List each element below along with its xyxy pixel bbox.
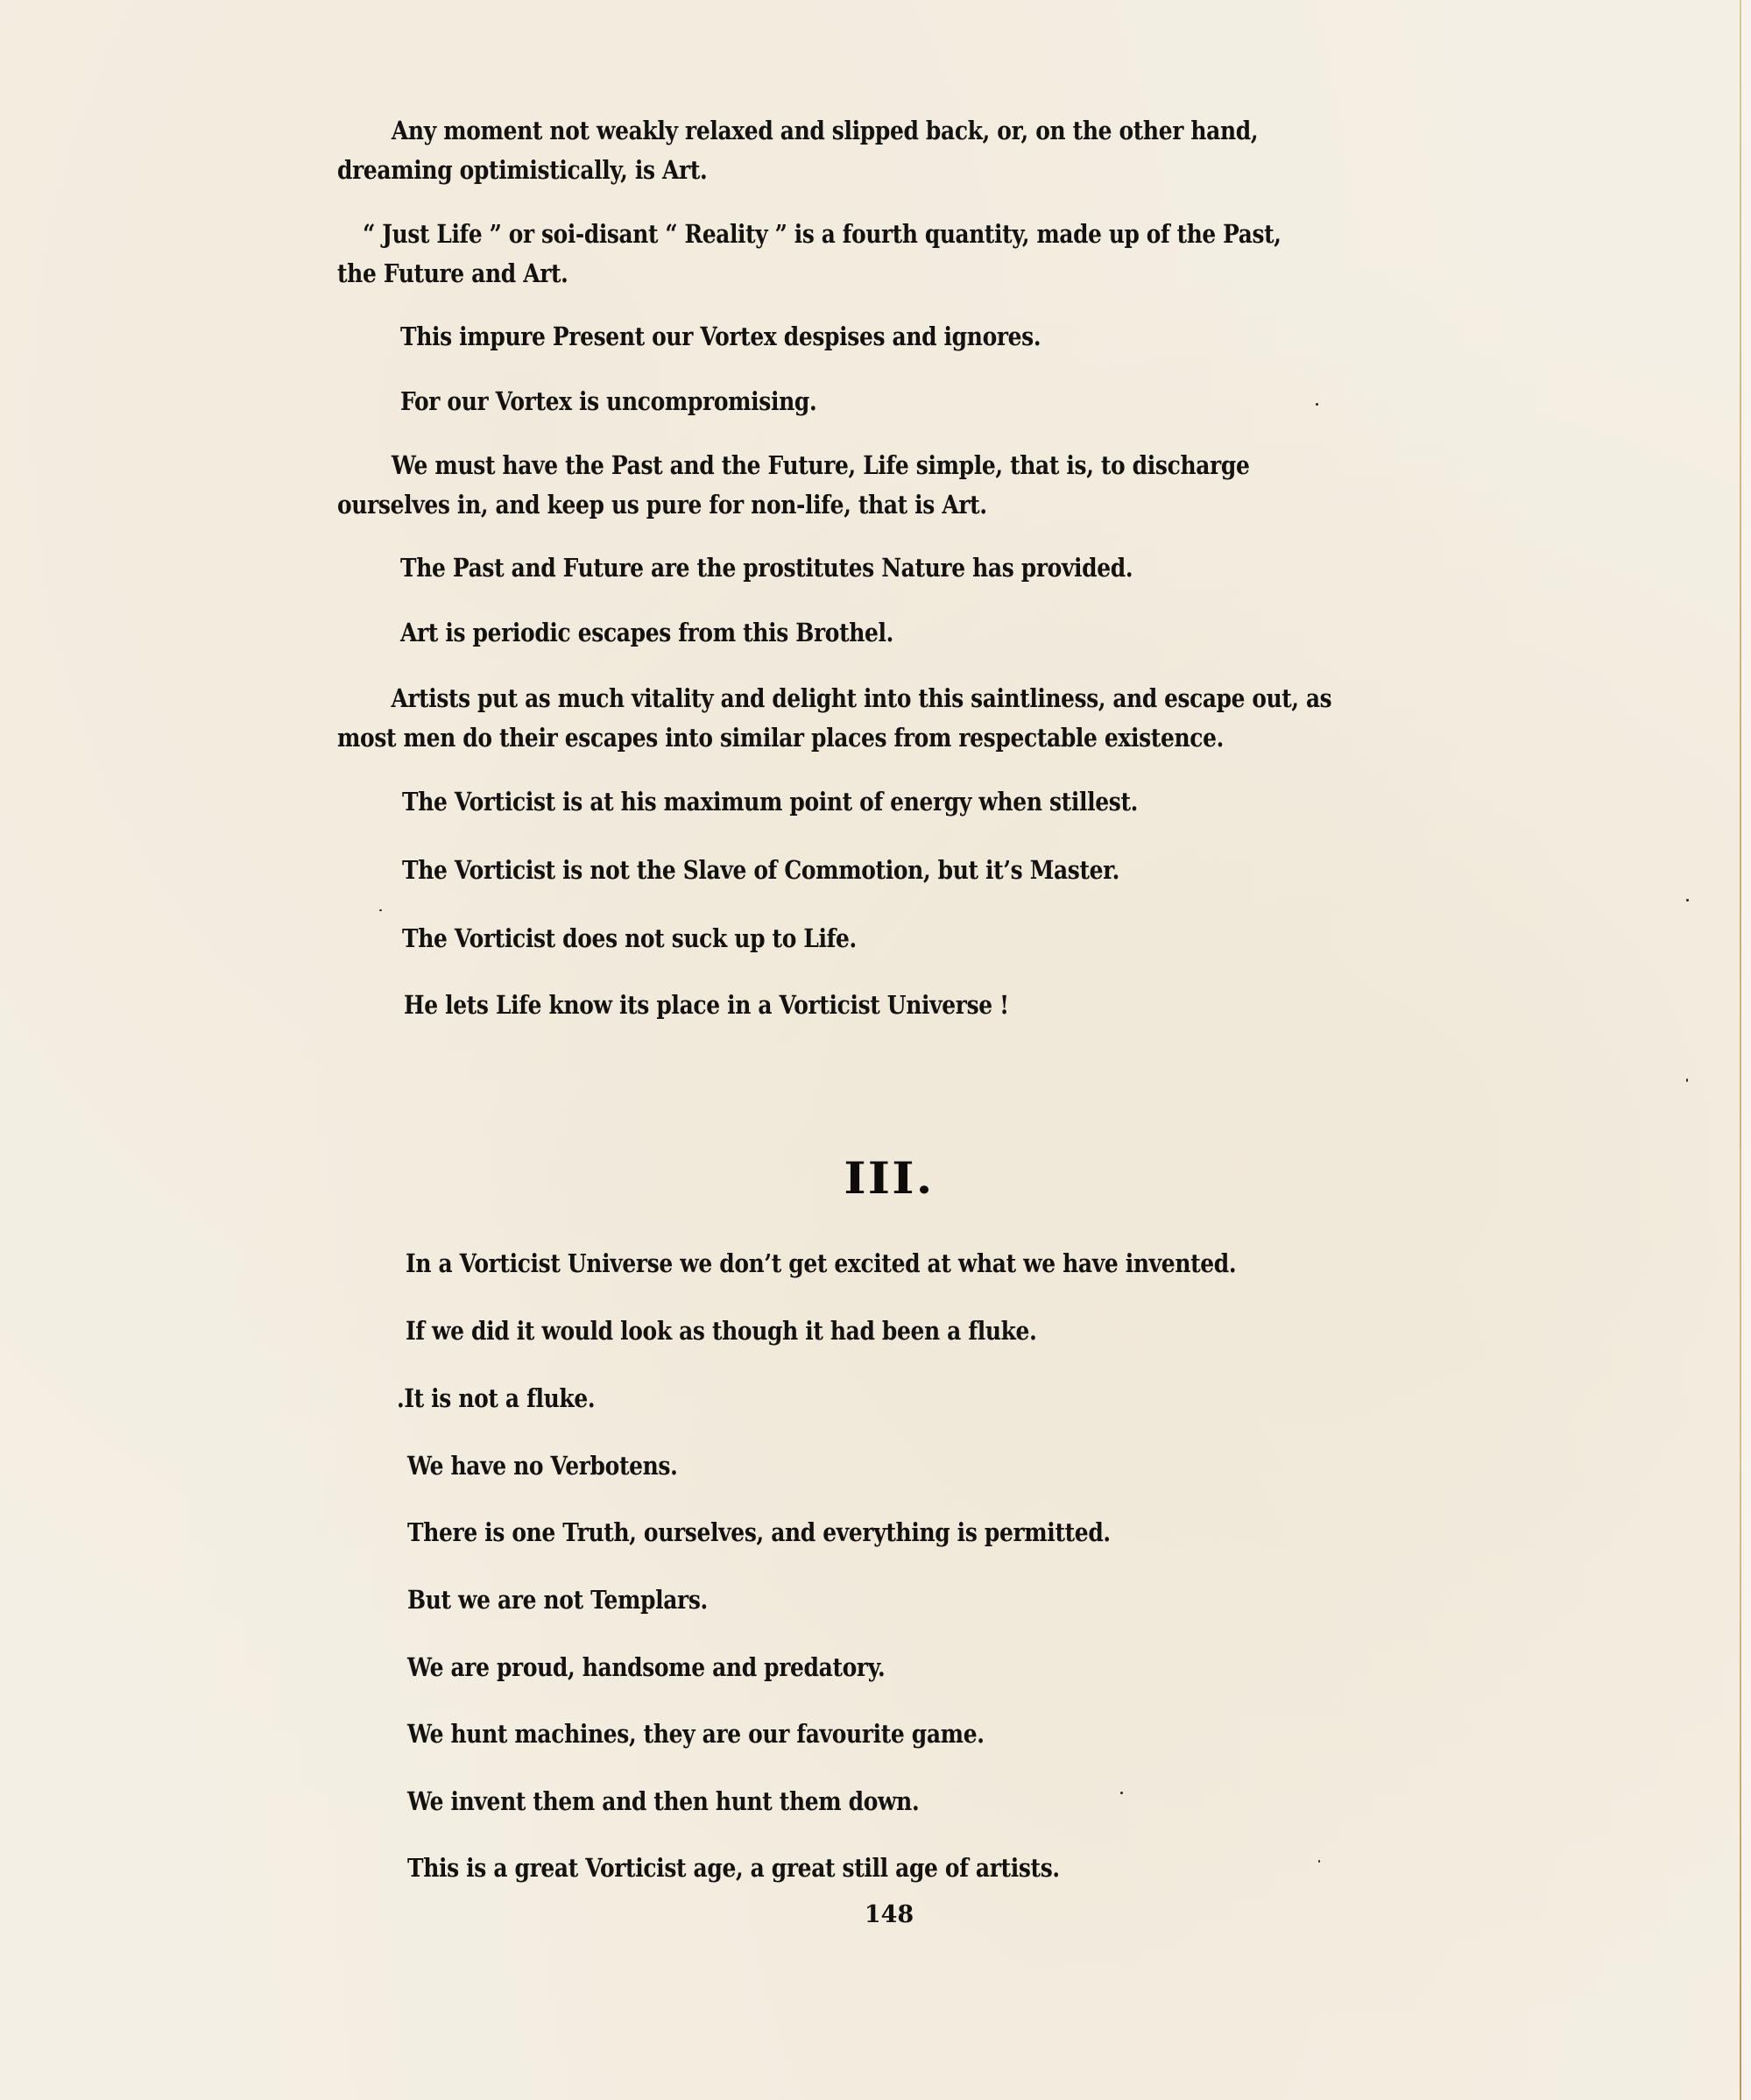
- paragraph: We hunt machines, they are our favourite…: [407, 1715, 1078, 1754]
- paragraph-line: dreaming optimistically, is Art.: [337, 151, 1258, 190]
- paragraph-line: Any moment not weakly relaxed and slippe…: [337, 111, 1258, 151]
- paragraph: We invent them and then hunt them down.: [407, 1782, 1002, 1821]
- paragraph-line: If we did it would look as though it had…: [406, 1312, 1036, 1351]
- paragraph-line: the Future and Art.: [337, 254, 1287, 293]
- paragraph: The Vorticist does not suck up to Life.: [402, 919, 930, 958]
- paragraph-line: The Past and Future are the prostitutes …: [400, 548, 1133, 588]
- print-speck: [1120, 1792, 1123, 1794]
- paragraph-line: For our Vortex is uncompromising.: [400, 382, 816, 421]
- paragraph: Artists put as much vitality and delight…: [337, 679, 1500, 758]
- paragraph-line: most men do their escapes into similar p…: [337, 718, 1338, 758]
- paragraph-line: “ Just Life ” or soi-disant “ Reality ” …: [337, 215, 1281, 254]
- section-heading: III.: [0, 1152, 1751, 1204]
- paragraph: The Vorticist is at his maximum point of…: [402, 782, 1258, 822]
- paragraph: But we are not Templars.: [407, 1580, 757, 1620]
- paragraph: There is one Truth, ourselves, and every…: [407, 1513, 1225, 1552]
- paragraph-line: Art is periodic escapes from this Brothe…: [400, 613, 893, 653]
- paragraph: We are proud, handsome and predatory.: [407, 1648, 963, 1687]
- paragraph: “ Just Life ” or soi-disant “ Reality ” …: [337, 215, 1441, 293]
- paragraph-line: This is a great Vorticist age, a great s…: [407, 1849, 1060, 1888]
- paragraph-line: We are proud, handsome and predatory.: [407, 1648, 885, 1687]
- paragraph-line: There is one Truth, ourselves, and every…: [407, 1513, 1111, 1552]
- paragraph-line: This impure Present our Vortex despises …: [400, 317, 1041, 357]
- paragraph-line: The Vorticist is at his maximum point of…: [402, 782, 1138, 822]
- paragraph-line: But we are not Templars.: [407, 1580, 708, 1620]
- paragraph: If we did it would look as though it had…: [406, 1312, 1140, 1351]
- paragraph-line: The Vorticist does not suck up to Life.: [402, 919, 857, 958]
- paragraph: This is a great Vorticist age, a great s…: [407, 1849, 1166, 1888]
- paragraph: We have no Verbotens.: [407, 1446, 722, 1486]
- print-speck: [1686, 899, 1689, 902]
- paragraph: He lets Life know its place in a Vortici…: [404, 986, 1107, 1025]
- print-speck: [1686, 1078, 1688, 1082]
- print-speck: [1316, 403, 1318, 406]
- paragraph-line: .It is not a fluke.: [397, 1379, 595, 1418]
- page-number: 148: [0, 1901, 1751, 1928]
- paragraph-line: He lets Life know its place in a Vortici…: [404, 986, 1009, 1025]
- paragraph: Art is periodic escapes from this Brothe…: [400, 613, 974, 653]
- paragraph-line: Artists put as much vitality and delight…: [337, 679, 1331, 718]
- paragraph: .It is not a fluke.: [397, 1379, 627, 1418]
- paragraph-line: We have no Verbotens.: [407, 1446, 677, 1486]
- paragraph-line: We invent them and then hunt them down.: [407, 1782, 919, 1821]
- paragraph: Any moment not weakly relaxed and slippe…: [337, 111, 1408, 190]
- paragraph-line: ourselves in, and keep us pure for non-l…: [337, 485, 1249, 525]
- paragraph-line: In a Vorticist Universe we don’t get exc…: [406, 1244, 1236, 1283]
- paragraph: The Vorticist is not the Slave of Commot…: [402, 851, 1236, 890]
- paragraph-line: The Vorticist is not the Slave of Commot…: [402, 851, 1119, 890]
- paragraph: In a Vorticist Universe we don’t get exc…: [406, 1244, 1372, 1283]
- page-text: Any moment not weakly relaxed and slippe…: [0, 0, 1751, 2100]
- paragraph: For our Vortex is uncompromising.: [400, 382, 885, 421]
- paragraph: The Past and Future are the prostitutes …: [400, 548, 1252, 588]
- print-speck: [1318, 1860, 1320, 1863]
- paragraph-line: We must have the Past and the Future, Li…: [337, 446, 1249, 485]
- print-speck: [379, 909, 382, 911]
- paragraph: We must have the Past and the Future, Li…: [337, 446, 1398, 525]
- paragraph: This impure Present our Vortex despises …: [400, 317, 1145, 357]
- paragraph-line: We hunt machines, they are our favourite…: [407, 1715, 985, 1754]
